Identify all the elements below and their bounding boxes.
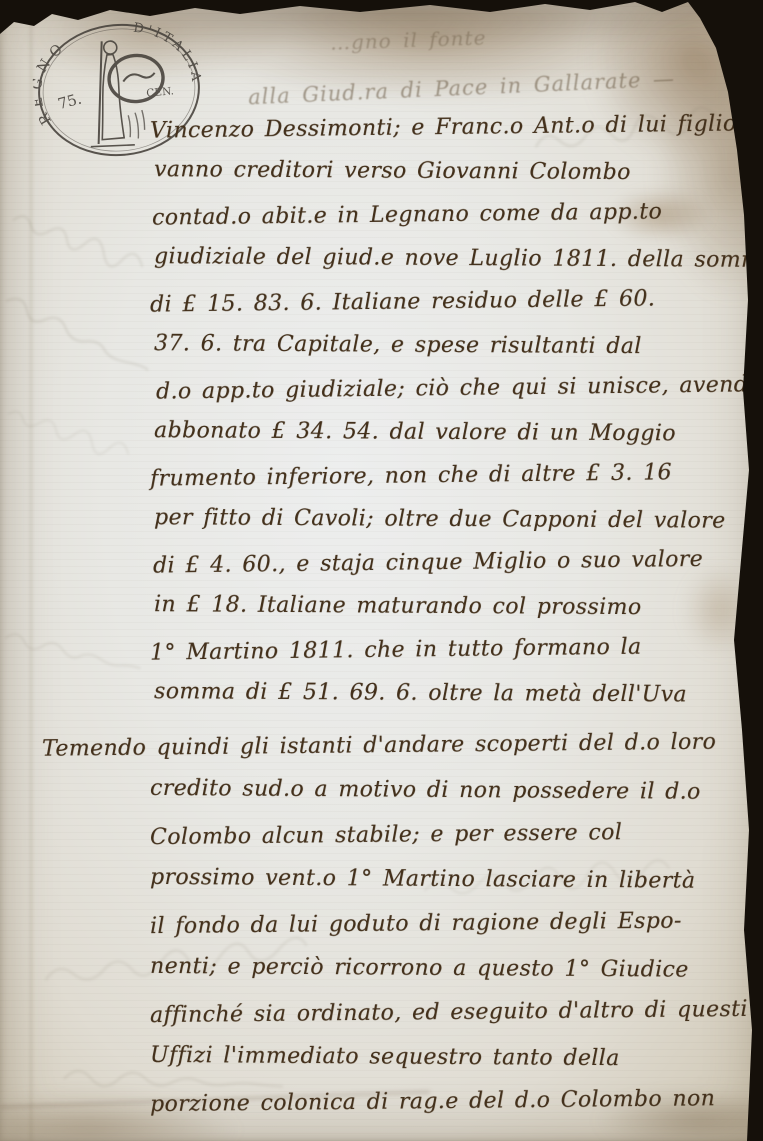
faint-header-line: …gno il fonte <box>330 25 487 54</box>
svg-text:D'ITALIA: D'ITALIA <box>131 15 204 90</box>
spear-icon <box>90 41 111 144</box>
manuscript-line: di £ 15. 83. 6. Italiane residuo delle £… <box>150 276 750 327</box>
figure-head-icon <box>103 41 117 55</box>
manuscript-line: contad.o abit.e in Legnano come da app.t… <box>152 189 750 240</box>
manuscript-line: per fitto di Cavoli; oltre due Capponi d… <box>154 496 750 543</box>
manuscript-line: il fondo da lui goduto di ragione degli … <box>150 899 754 950</box>
manuscript-line: credito sud.o a motivo di non possedere … <box>150 766 754 815</box>
animal-emblem-icon <box>123 73 155 82</box>
bleed-through-writing <box>0 282 162 392</box>
paragraph-2: Temendo quindi gli istanti d'andare scop… <box>42 724 754 1125</box>
manuscript-line: abbonato £ 34. 54. dal valore di un Mogg… <box>154 409 750 456</box>
manuscript-line: 1° Martino 1811. che in tutto formano la <box>150 624 750 675</box>
manuscript-line: in £ 18. Italiane maturando col prossimo <box>154 583 750 630</box>
svg-text:REGNO: REGNO <box>28 37 77 128</box>
stamp-value: 75. <box>56 90 84 114</box>
manuscript-line: Colombo alcun stabile; e per essere col <box>150 810 754 861</box>
manuscript-line: Vincenzo Dessimonti; e Franc.o Ant.o di … <box>150 102 750 153</box>
manuscript-line: d.o app.to giudiziale; ciò che qui si un… <box>156 363 750 414</box>
manuscript-line: nenti; e perciò ricorrono a questo 1° Gi… <box>150 944 754 993</box>
manuscript-line: vanno creditori verso Giovanni Colombo <box>154 148 750 195</box>
manuscript-line: affinché sia ordinato, ed eseguito d'alt… <box>150 988 754 1039</box>
manuscript-line: porzione colonica di rag.e del d.o Colom… <box>150 1077 754 1128</box>
manuscript-line: giudiziale del giud.e nove Luglio 1811. … <box>154 235 750 282</box>
stamp-left-text: REGNO <box>28 37 77 128</box>
stamp-unit: CEN. <box>146 85 175 99</box>
photographed-manuscript: REGNO D'ITALIA 75. CEN. …gno il fonte al… <box>0 0 763 1141</box>
bleed-through-writing <box>6 201 156 285</box>
manuscript-line: somma di £ 51. 69. 6. oltre la metà dell… <box>154 670 750 717</box>
paragraph-1: Vincenzo Dessimonti; e Franc.o Ant.o di … <box>150 106 750 715</box>
drapery-icon <box>128 110 146 139</box>
faint-header-line: alla Giud.ra di Pace in Gallarate — <box>248 67 676 110</box>
stamp-right-text: D'ITALIA <box>131 15 204 90</box>
bleed-through-writing <box>1 397 142 471</box>
manuscript-line: di £ 4. 60., e staja cinque Miglio o suo… <box>153 537 750 588</box>
manuscript-line: frumento inferiore, non che di altre £ 3… <box>150 450 750 501</box>
manuscript-line: prossimo vent.o 1° Martino lasciare in l… <box>150 855 754 904</box>
manuscript-line: 37. 6. tra Capitale, e spese risultanti … <box>154 322 750 369</box>
fold-line <box>30 0 32 1141</box>
manuscript-line: Uffizi l'immediato sequestro tanto della <box>150 1033 754 1082</box>
manuscript-line: Temendo quindi gli istanti d'andare scop… <box>42 720 754 772</box>
bleed-through-writing <box>0 622 151 687</box>
paper-sheet: REGNO D'ITALIA 75. CEN. …gno il fonte al… <box>0 0 763 1141</box>
